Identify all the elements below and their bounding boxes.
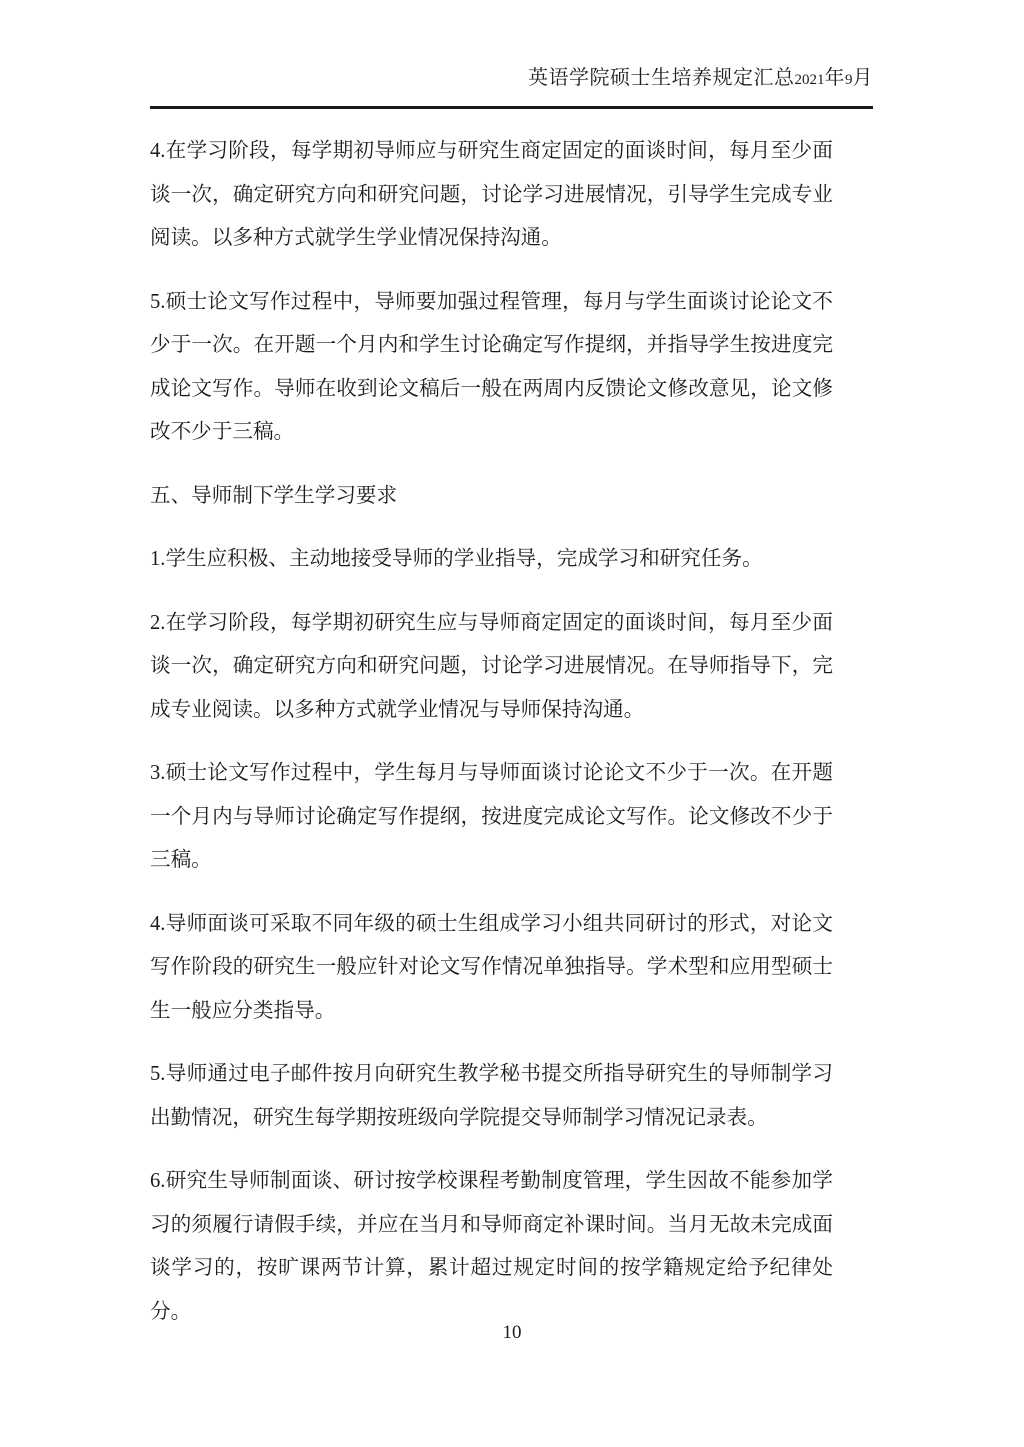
page-footer: 10 — [0, 1320, 1024, 1346]
paragraph-mentor-5: 5.硕士论文写作过程中，导师要加强过程管理，每月与学生面谈讨论论文不少于一次。在… — [150, 281, 833, 455]
paragraph-student-4: 4.导师面谈可采取不同年级的硕士生组成学习小组共同研讨的形式，对论文写作阶段的研… — [150, 903, 833, 1034]
header-title-year-suffix: 年 — [825, 67, 846, 89]
header-title-month-suffix: 月 — [853, 67, 874, 89]
document-page: 英语学院硕士生培养规定汇总2021年9月 4.在学习阶段，每学期初导师应与研究生… — [0, 0, 1024, 1447]
header-title-month: 9 — [845, 72, 853, 88]
page-number: 10 — [503, 1322, 522, 1343]
paragraph-student-3: 3.硕士论文写作过程中，学生每月与导师面谈讨论论文不少于一次。在开题一个月内与导… — [150, 752, 833, 883]
paragraph-student-5: 5.导师通过电子邮件按月向研究生教学秘书提交所指导研究生的导师制学习出勤情况，研… — [150, 1053, 833, 1140]
section-heading: 五、导师制下学生学习要求 — [150, 475, 833, 519]
header-title-year: 2021 — [795, 72, 825, 88]
page-header: 英语学院硕士生培养规定汇总2021年9月 — [150, 0, 873, 109]
document-body: 4.在学习阶段，每学期初导师应与研究生商定固定的面谈时间，每月至少面谈一次，确定… — [150, 107, 833, 1354]
header-title-text: 英语学院硕士生培养规定汇总 — [528, 67, 795, 89]
paragraph-student-1: 1.学生应积极、主动地接受导师的学业指导，完成学习和研究任务。 — [150, 538, 833, 582]
paragraph-student-2: 2.在学习阶段，每学期初研究生应与导师商定固定的面谈时间，每月至少面谈一次，确定… — [150, 602, 833, 733]
paragraph-mentor-4: 4.在学习阶段，每学期初导师应与研究生商定固定的面谈时间，每月至少面谈一次，确定… — [150, 130, 833, 261]
paragraph-student-6: 6.研究生导师制面谈、研讨按学校课程考勤制度管理，学生因故不能参加学习的须履行请… — [150, 1160, 833, 1334]
